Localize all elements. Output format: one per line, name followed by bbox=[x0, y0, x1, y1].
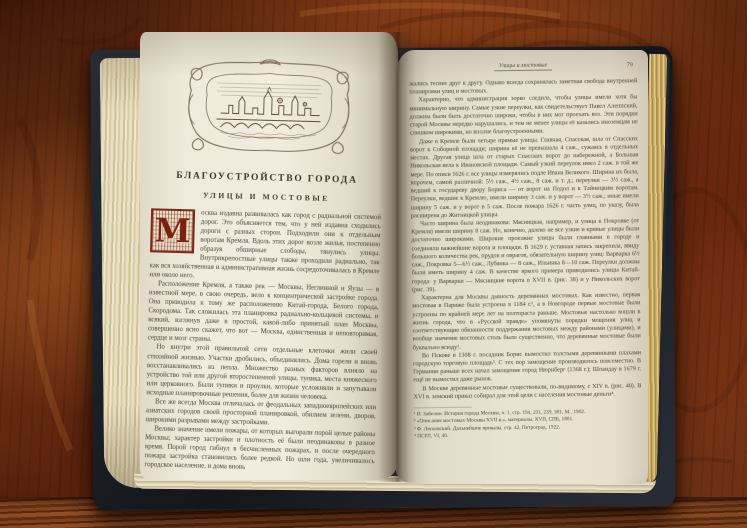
left-page-content: БЛАГОУСТРОЙСТВО ГОРОДА УЛИЦЫ И МОСТОВЫЕ … bbox=[129, 31, 399, 486]
paragraph: Часто ширина была неодинакова: Мясницкая… bbox=[411, 217, 640, 294]
photo-of-open-book: БЛАГОУСТРОЙСТВО ГОРОДА УЛИЦЫ И МОСТОВЫЕ … bbox=[0, 0, 747, 528]
section-title: УЛИЦЫ И МОСТОВЫЕ bbox=[151, 189, 381, 204]
open-book: БЛАГОУСТРОЙСТВО ГОРОДА УЛИЦЫ И МОСТОВЫЕ … bbox=[88, 20, 682, 512]
paragraph: Расположение Кремля, а также рек — Москв… bbox=[148, 280, 380, 349]
paragraph: Характерна для Москвы давность деревянны… bbox=[412, 291, 641, 352]
paragraph: Характерно, что администрация зорко след… bbox=[409, 94, 638, 138]
running-header-title: Улицы и мостовые bbox=[494, 62, 553, 71]
ornamental-drop-cap: М bbox=[150, 208, 195, 253]
chapter-title: БЛАГОУСТРОЙСТВО ГОРОДА bbox=[152, 170, 382, 186]
paragraph: Велико значение имели пожары, от которых… bbox=[144, 424, 375, 475]
right-page-content: Улицы и мостовые 79 жались теснее друг к… bbox=[396, 48, 654, 485]
paragraph: Но внутри этой правильной сети отдельные… bbox=[146, 343, 377, 403]
paragraph: В Москве деревянные мостовые существовал… bbox=[413, 382, 641, 402]
running-header: Улицы и мостовые 79 bbox=[409, 61, 637, 74]
footnotes: ¹ И. Забелин. История города Москвы, ч. … bbox=[414, 408, 642, 440]
paragraph: Даже в Кремле были четыре прямые улицы. … bbox=[410, 135, 639, 221]
page-number: 79 bbox=[627, 61, 633, 68]
right-page-body: жались теснее друг к другу. Однако всегд… bbox=[409, 77, 641, 401]
footnote-separator bbox=[414, 407, 472, 408]
paragraph: Во Пскове в 1308 г. посадник Борис вымос… bbox=[413, 349, 641, 385]
kremlin-headpiece-engraving-icon bbox=[179, 54, 358, 163]
left-page-body: Москва издавна развивалась как город с р… bbox=[144, 207, 381, 475]
paragraph: Москва издавна развивалась как город с р… bbox=[149, 207, 381, 285]
